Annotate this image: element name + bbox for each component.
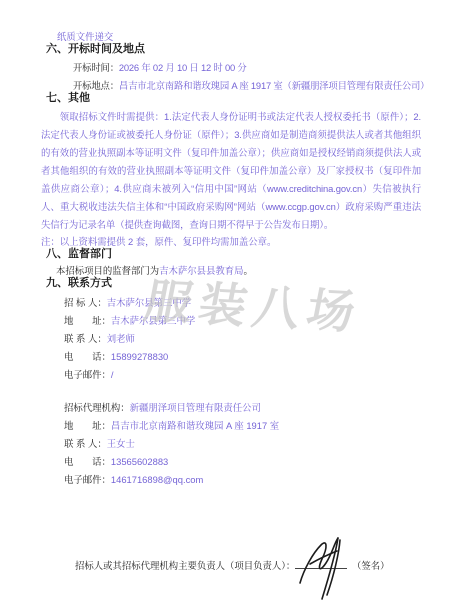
agency-name-row: 招标代理机构：新疆朋泽项目管理有限责任公司 <box>64 402 421 413</box>
tenderer-name-label: 招 标 人： <box>64 297 107 308</box>
agency-address-row: 地 址：昌吉市北京南路和谐玫瑰园 A 座 1917 室 <box>64 420 421 431</box>
section-heading-other: 七、其他 <box>46 92 421 105</box>
section-heading-supervision: 八、监督部门 <box>46 248 421 261</box>
agency-address-value: 昌吉市北京南路和谐玫瑰园 A 座 1917 室 <box>111 420 279 431</box>
signature-line: 招标人或其招标代理机构主要负责人（项目负责人）： （签名） <box>75 558 390 572</box>
bid-opening-place-label: 开标地点： <box>73 80 119 91</box>
supervision-suffix: 。 <box>244 265 253 276</box>
bid-opening-time-label: 开标时间： <box>73 62 119 73</box>
signature-suffix: （签名） <box>357 560 390 571</box>
agency-contact-person-label: 联 系 人： <box>64 438 107 449</box>
signature-underline <box>295 559 347 569</box>
section-heading-contact: 九、联系方式 <box>46 277 421 290</box>
tenderer-phone-value: 15899278830 <box>111 351 168 362</box>
agency-email-row: 电子邮件：1461716898@qq.com <box>64 474 421 485</box>
supervision-prefix: 本招标项目的监督部门为 <box>56 265 159 276</box>
agency-contact-block: 招标代理机构：新疆朋泽项目管理有限责任公司 地 址：昌吉市北京南路和谐玫瑰园 A… <box>64 402 421 485</box>
supervision-department: 吉木萨尔县县教育局 <box>159 265 243 276</box>
tenderer-name-row: 招 标 人：吉木萨尔县第三中学 <box>64 297 421 308</box>
bid-opening-time-value: 2026 年 02 月 10 日 12 时 00 分 <box>119 62 247 73</box>
tenderer-email-row: 电子邮件：/ <box>64 369 421 380</box>
tenderer-name-value: 吉木萨尔县第三中学 <box>107 297 191 308</box>
document-content: 纸质文件递交 六、开标时间及地点 开标时间：2026 年 02 月 10 日 1… <box>41 30 421 485</box>
agency-name-label: 招标代理机构： <box>64 402 130 413</box>
agency-email-value: 1461716898@qq.com <box>111 474 203 485</box>
bid-opening-place-value: 昌吉市北京南路和谐玫瑰园 A 座 1917 室（新疆朋泽项目管理有限责任公司） <box>119 80 429 91</box>
tenderer-contact-block: 招 标 人：吉木萨尔县第三中学 地 址：吉木萨尔县第三中学 联 系 人：刘老师 … <box>64 297 421 485</box>
note-line: 注：以上资料需提供 2 套，原件、复印件均需加盖公章。 <box>41 235 421 248</box>
agency-email-label: 电子邮件： <box>64 474 111 485</box>
document-page: 纸质文件递交 六、开标时间及地点 开标时间：2026 年 02 月 10 日 1… <box>0 0 450 600</box>
paper-submission-line: 纸质文件递交 <box>57 30 421 43</box>
tenderer-email-label: 电子邮件： <box>64 369 111 380</box>
section-heading-bid-opening: 六、开标时间及地点 <box>46 43 421 56</box>
agency-phone-label: 电 话： <box>64 456 111 467</box>
supervision-line: 本招标项目的监督部门为吉木萨尔县县教育局。 <box>56 264 421 277</box>
agency-phone-row: 电 话：13565602883 <box>64 456 421 467</box>
bid-opening-place-line: 开标地点：昌吉市北京南路和谐玫瑰园 A 座 1917 室（新疆朋泽项目管理有限责… <box>73 79 421 92</box>
other-requirements-paragraph: 领取招标文件时需提供：1.法定代表人身份证明书或法定代表人授权委托书（原件）；2… <box>41 108 421 234</box>
tenderer-contact-person-value: 刘老师 <box>107 333 135 344</box>
bid-opening-time-line: 开标时间：2026 年 02 月 10 日 12 时 00 分 <box>73 61 421 74</box>
agency-contact-person-value: 王女士 <box>107 438 135 449</box>
agency-name-value: 新疆朋泽项目管理有限责任公司 <box>130 402 261 413</box>
tenderer-contact-person-row: 联 系 人：刘老师 <box>64 333 421 344</box>
agency-address-label: 地 址： <box>64 420 111 431</box>
signature-label: 招标人或其招标代理机构主要负责人（项目负责人）： <box>75 560 295 571</box>
tenderer-address-value: 吉木萨尔县第三中学 <box>111 315 195 326</box>
tenderer-phone-label: 电 话： <box>64 351 111 362</box>
tenderer-email-value: / <box>111 369 114 380</box>
tenderer-address-row: 地 址：吉木萨尔县第三中学 <box>64 315 421 326</box>
agency-contact-person-row: 联 系 人：王女士 <box>64 438 421 449</box>
tenderer-contact-person-label: 联 系 人： <box>64 333 107 344</box>
tenderer-phone-row: 电 话：15899278830 <box>64 351 421 362</box>
agency-phone-value: 13565602883 <box>111 456 168 467</box>
tenderer-address-label: 地 址： <box>64 315 111 326</box>
